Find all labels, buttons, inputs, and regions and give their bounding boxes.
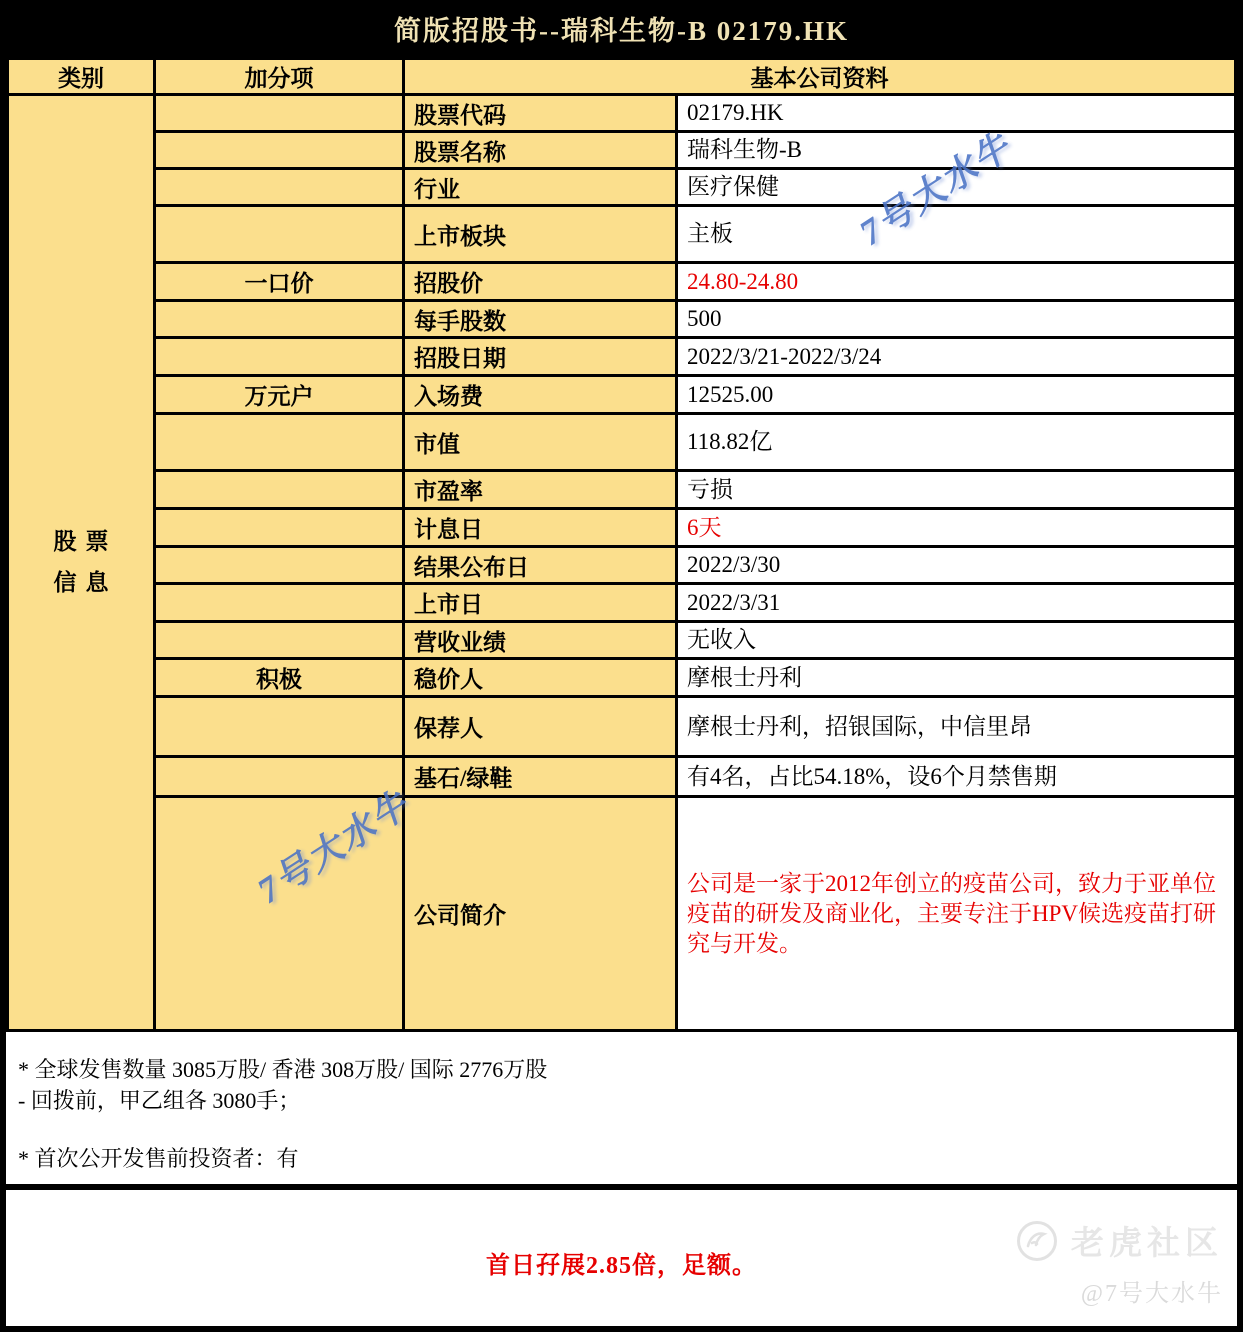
- field-label-offer-period: 招股日期: [404, 338, 677, 376]
- bonus-cell: [155, 132, 404, 169]
- field-value-listing-date: 2022/3/31: [677, 584, 1236, 622]
- header-category: 类别: [8, 59, 155, 95]
- field-value-revenue: 无收入: [677, 622, 1236, 659]
- field-label-market-cap: 市值: [404, 414, 677, 471]
- row-listing-date: 上市日 2022/3/31: [8, 584, 1236, 622]
- field-value-sponsor: 摩根士丹利，招银国际，中信里昂: [677, 697, 1236, 757]
- field-label-board: 上市板块: [404, 206, 677, 263]
- field-label-lot-size: 每手股数: [404, 301, 677, 338]
- category-cell-stock-info: 股票 信息: [8, 95, 155, 1031]
- page-title: 简版招股书--瑞科生物-B 02179.HK: [394, 9, 849, 48]
- field-value-board: 主板: [677, 206, 1236, 263]
- table-header-row: 类别 加分项 基本公司资料: [8, 59, 1236, 95]
- field-label-pe-ratio: 市盈率: [404, 471, 677, 509]
- field-value-offer-period: 2022/3/21-2022/3/24: [677, 338, 1236, 376]
- tiger-logo-icon: [1017, 1221, 1057, 1261]
- bonus-cell: [155, 95, 404, 132]
- row-interest-days: 计息日 6天: [8, 509, 1236, 547]
- category-line1: 股票: [54, 522, 118, 562]
- field-value-interest-days: 6天: [677, 509, 1236, 547]
- field-value-entry-fee: 12525.00: [677, 376, 1236, 414]
- row-stock-name: 股票名称 瑞科生物-B: [8, 132, 1236, 169]
- header-company-info: 基本公司资料: [404, 59, 1236, 95]
- row-offer-period: 招股日期 2022/3/21-2022/3/24: [8, 338, 1236, 376]
- brand-author: @7号大水牛: [1017, 1273, 1223, 1308]
- row-revenue: 营收业绩 无收入: [8, 622, 1236, 659]
- bonus-cell: [155, 797, 404, 1031]
- bonus-cell: [155, 584, 404, 622]
- field-value-market-cap: 118.82亿: [677, 414, 1236, 471]
- field-label-interest-days: 计息日: [404, 509, 677, 547]
- row-sponsor: 保荐人 摩根士丹利，招银国际，中信里昂: [8, 697, 1236, 757]
- field-label-stock-code: 股票代码: [404, 95, 677, 132]
- bonus-cell: [155, 547, 404, 584]
- title-banner: 简版招股书--瑞科生物-B 02179.HK: [6, 0, 1237, 57]
- bonus-cell: [155, 206, 404, 263]
- note-clawback: - 回拨前，甲乙组各 3080手；: [18, 1085, 1227, 1116]
- prospectus-table: 类别 加分项 基本公司资料 股票 信息 股票代码 02179.HK 股票名称 瑞…: [6, 57, 1237, 1032]
- bonus-cell: [155, 169, 404, 206]
- row-offer-price: 一口价 招股价 24.80-24.80: [8, 263, 1236, 301]
- field-label-offer-price: 招股价: [404, 263, 677, 301]
- field-value-offer-price: 24.80-24.80: [677, 263, 1236, 301]
- notes-section: * 全球发售数量 3085万股/ 香港 308万股/ 国际 2776万股 - 回…: [6, 1032, 1237, 1190]
- category-line2: 信息: [54, 563, 118, 603]
- row-result-date: 结果公布日 2022/3/30: [8, 547, 1236, 584]
- bonus-cell-positive: 积极: [155, 659, 404, 697]
- field-label-stock-name: 股票名称: [404, 132, 677, 169]
- field-value-industry: 医疗保健: [677, 169, 1236, 206]
- bonus-cell: [155, 697, 404, 757]
- row-cornerstone: 基石/绿鞋 有4名，占比54.18%，设6个月禁售期: [8, 757, 1236, 797]
- bonus-cell: [155, 338, 404, 376]
- field-value-stock-code: 02179.HK: [677, 95, 1236, 132]
- prospectus-sheet: 简版招股书--瑞科生物-B 02179.HK 类别 加分项 基本公司资料 股票 …: [0, 0, 1243, 1332]
- row-entry-fee: 万元户 入场费 12525.00: [8, 376, 1236, 414]
- field-label-entry-fee: 入场费: [404, 376, 677, 414]
- field-value-stabilizer: 摩根士丹利: [677, 659, 1236, 697]
- row-industry: 行业 医疗保健: [8, 169, 1236, 206]
- bonus-cell: [155, 757, 404, 797]
- field-label-result-date: 结果公布日: [404, 547, 677, 584]
- bottom-strip: 首日孖展2.85倍，足额。 老虎社区 @7号大水牛: [6, 1190, 1237, 1320]
- row-stock-code: 股票 信息 股票代码 02179.HK: [8, 95, 1236, 132]
- note-pre-ipo-investors: * 首次公开发售前投资者：有: [18, 1143, 1227, 1174]
- field-label-stabilizer: 稳价人: [404, 659, 677, 697]
- field-label-listing-date: 上市日: [404, 584, 677, 622]
- brand-name: 老虎社区: [1071, 1217, 1223, 1264]
- row-company-intro: 公司简介 公司是一家于2012年创立的疫苗公司，致力于亚单位疫苗的研发及商业化，…: [8, 797, 1236, 1031]
- row-board: 上市板块 主板: [8, 206, 1236, 263]
- field-label-industry: 行业: [404, 169, 677, 206]
- header-bonus: 加分项: [155, 59, 404, 95]
- bonus-cell-ten-k: 万元户: [155, 376, 404, 414]
- row-stabilizer: 积极 稳价人 摩根士丹利: [8, 659, 1236, 697]
- bonus-cell: [155, 471, 404, 509]
- field-value-result-date: 2022/3/30: [677, 547, 1236, 584]
- row-market-cap: 市值 118.82亿: [8, 414, 1236, 471]
- tiger-community-watermark: 老虎社区 @7号大水牛: [1017, 1217, 1223, 1308]
- row-pe-ratio: 市盈率 亏损: [8, 471, 1236, 509]
- field-value-pe-ratio: 亏损: [677, 471, 1236, 509]
- field-value-stock-name: 瑞科生物-B: [677, 132, 1236, 169]
- field-value-company-intro: 公司是一家于2012年创立的疫苗公司，致力于亚单位疫苗的研发及商业化，主要专注于…: [677, 797, 1236, 1031]
- field-label-sponsor: 保荐人: [404, 697, 677, 757]
- field-label-revenue: 营收业绩: [404, 622, 677, 659]
- field-label-cornerstone: 基石/绿鞋: [404, 757, 677, 797]
- bonus-cell-fixed-price: 一口价: [155, 263, 404, 301]
- field-label-company-intro: 公司简介: [404, 797, 677, 1031]
- field-value-cornerstone: 有4名，占比54.18%，设6个月禁售期: [677, 757, 1236, 797]
- bonus-cell: [155, 301, 404, 338]
- bonus-cell: [155, 414, 404, 471]
- bonus-cell: [155, 622, 404, 659]
- field-value-lot-size: 500: [677, 301, 1236, 338]
- note-global-offering: * 全球发售数量 3085万股/ 香港 308万股/ 国际 2776万股: [18, 1054, 1227, 1085]
- bonus-cell: [155, 509, 404, 547]
- row-lot-size: 每手股数 500: [8, 301, 1236, 338]
